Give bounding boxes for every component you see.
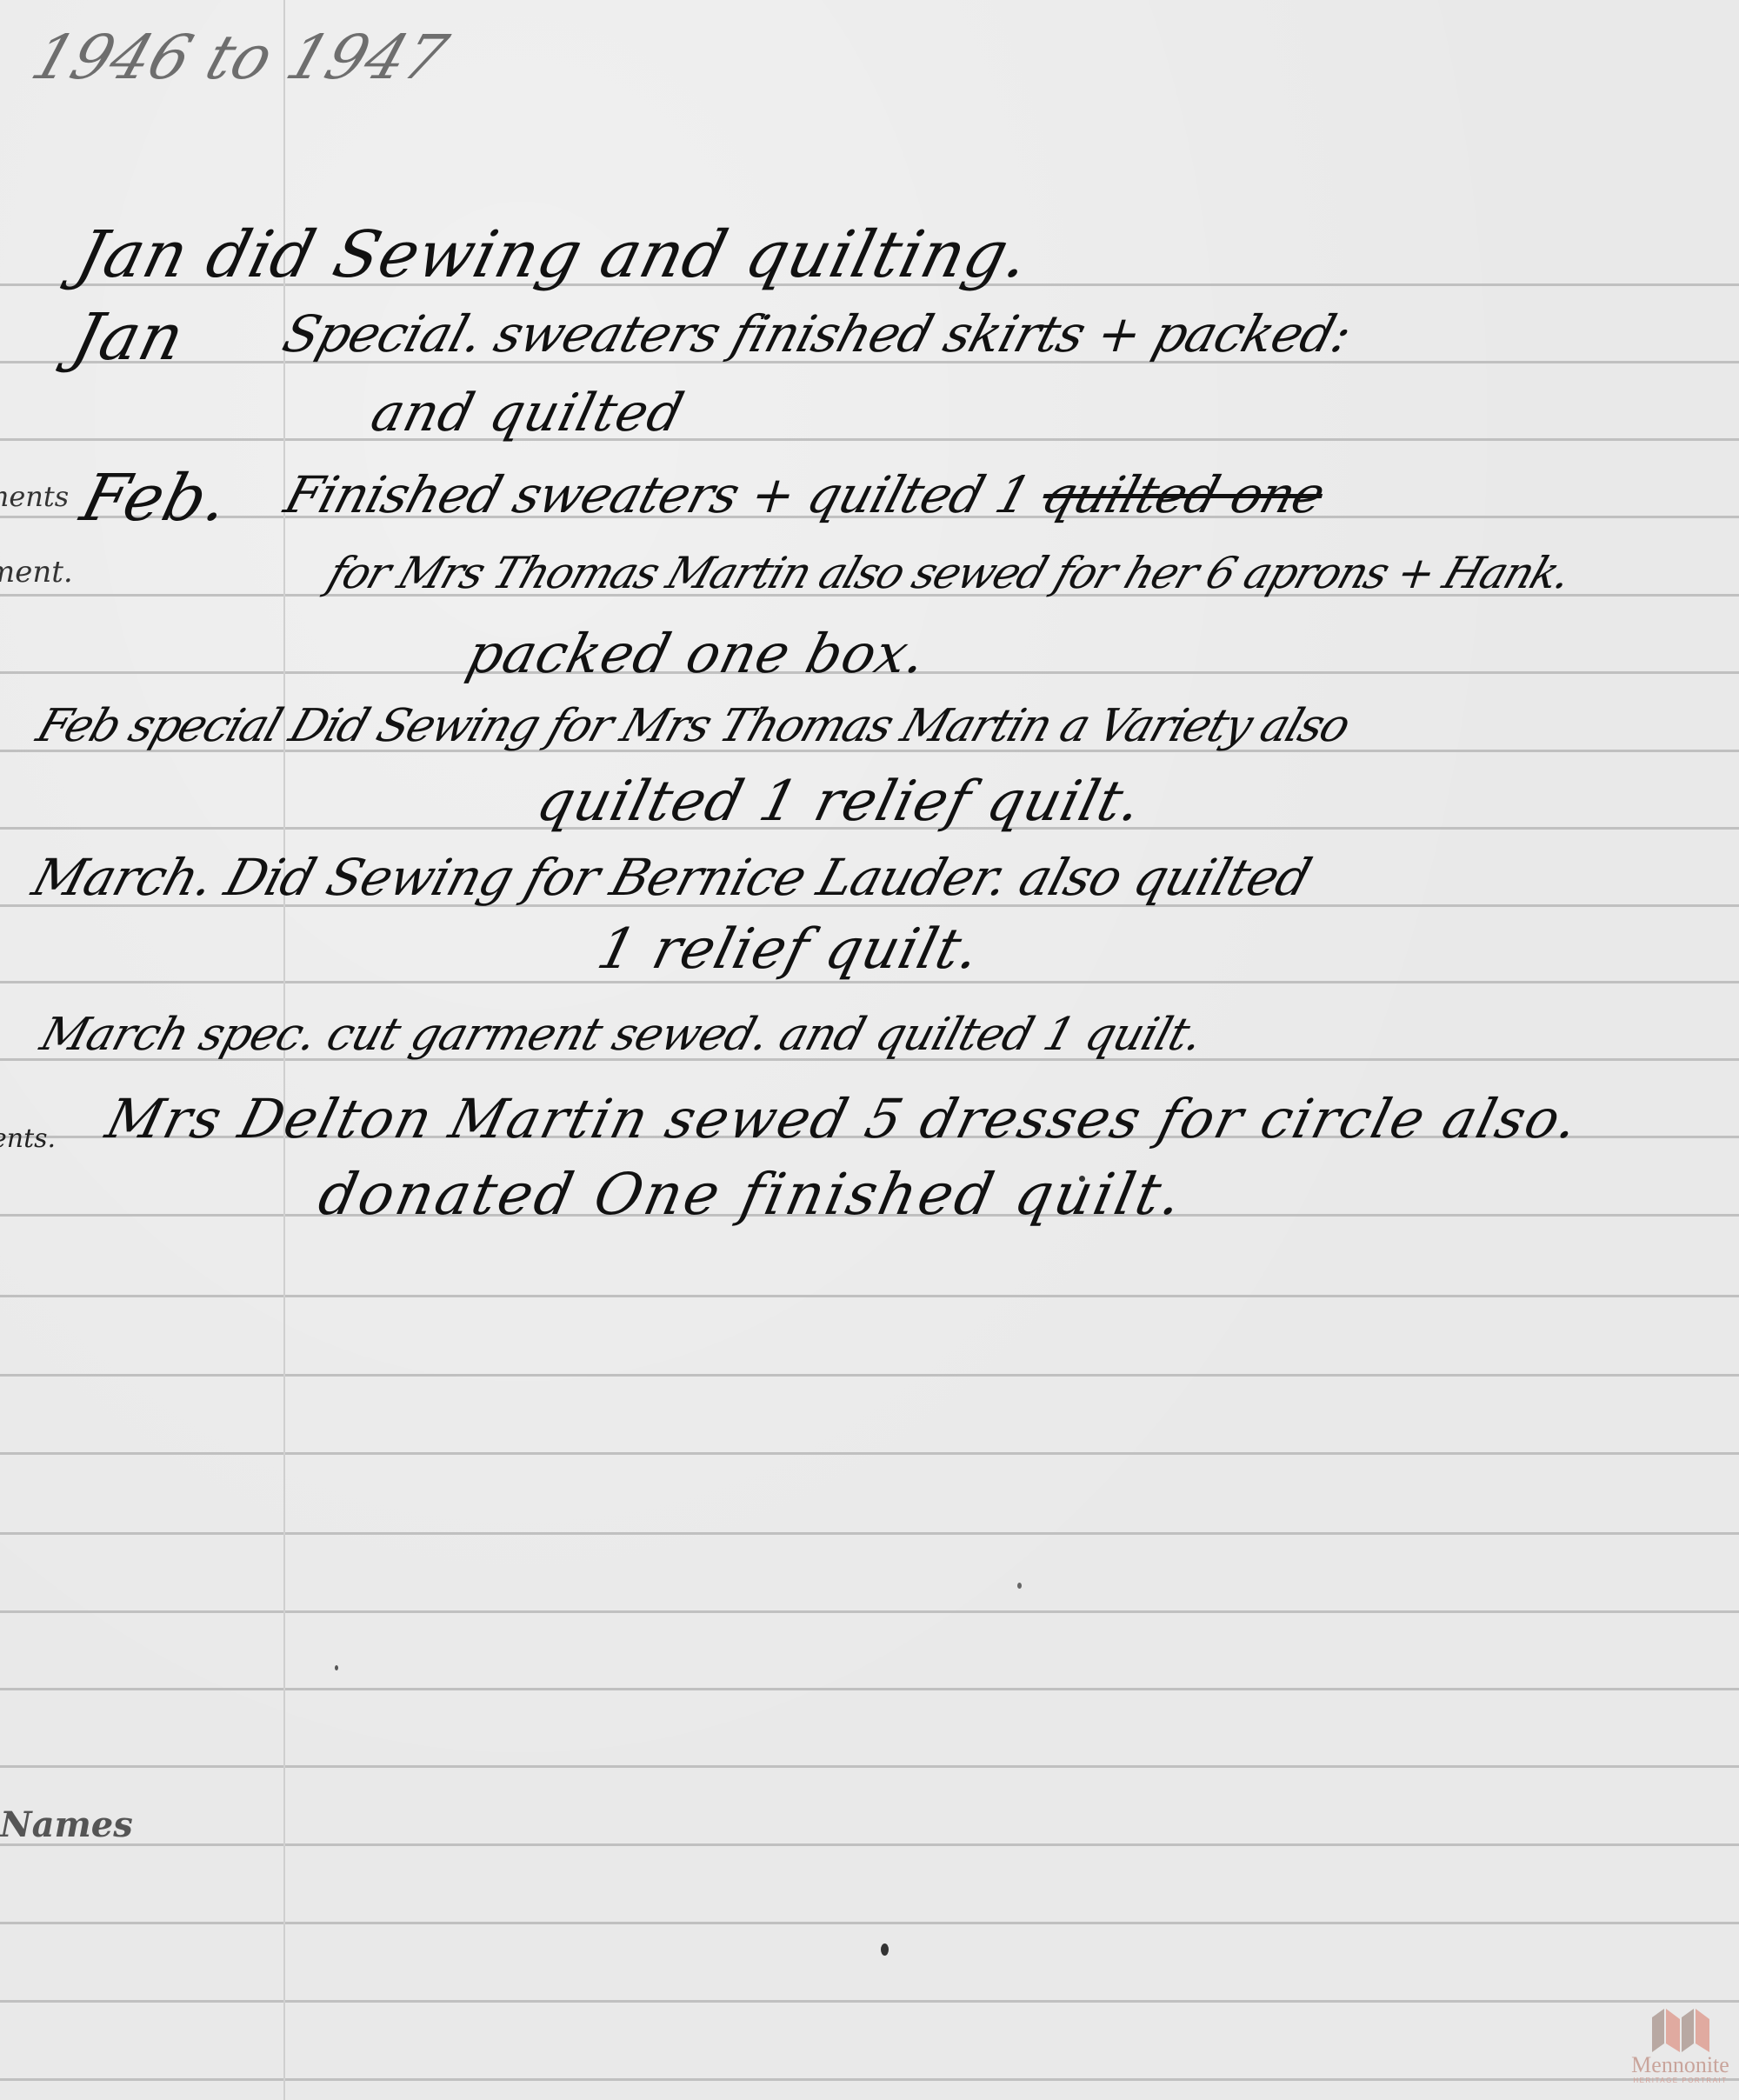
- struck-text: quilted one: [1036, 465, 1331, 524]
- entry-line-5: for Mrs Thomas Martin also sewed for her…: [322, 548, 1576, 598]
- entry-line-4-text: Finished sweaters + quilted 1: [278, 465, 1052, 524]
- entry-line-7: Feb special Did Sewing for Mrs Thomas Ma…: [30, 700, 1356, 752]
- entry-month-jan-special: Jan: [65, 300, 192, 375]
- ruled-line: [0, 1452, 1739, 1455]
- notebook-page: 1946 to 1947 ments ment. ents. Names Jan…: [0, 0, 1739, 2100]
- ink-speck: [1079, 1176, 1085, 1182]
- margin-note-bottom: Names: [0, 1804, 133, 1845]
- entry-line-4: Finished sweaters + quilted 1 quilted on…: [278, 465, 1331, 524]
- margin-note: ment.: [0, 555, 73, 590]
- entry-line-13: donated One finished quilt.: [313, 1161, 1190, 1228]
- entry-line-9: March. Did Sewing for Bernice Lauder. al…: [26, 848, 1317, 907]
- ruled-line: [0, 1532, 1739, 1535]
- ruled-line: [0, 2078, 1739, 2081]
- ruled-line: [0, 1374, 1739, 1377]
- ink-speck: [881, 1943, 889, 1956]
- ruled-line: [0, 1922, 1739, 1924]
- margin-note: ments: [0, 480, 69, 513]
- ink-speck: [1017, 1583, 1022, 1589]
- entry-month-feb: Feb.: [74, 461, 237, 536]
- ruled-line: [0, 1610, 1739, 1613]
- entry-line-12: Mrs Delton Martin sewed 5 dresses for ci…: [100, 1087, 1586, 1150]
- entry-line-3: and quilted: [365, 383, 690, 443]
- ruled-line: [0, 1765, 1739, 1768]
- ruled-line: [0, 438, 1739, 441]
- entry-line-8: quilted 1 relief quilt.: [530, 770, 1149, 834]
- mennonite-heritage-logo: Mennonite HERITAGE PORTRAIT: [1626, 2009, 1735, 2084]
- margin-note: ents.: [0, 1123, 56, 1154]
- ruled-line: [0, 2000, 1739, 2003]
- ruled-line: [0, 1688, 1739, 1690]
- logo-mark-icon: [1650, 2009, 1711, 2054]
- header-date: 1946 to 1947: [23, 22, 456, 93]
- entry-line-2: Special. sweaters finished skirts + pack…: [277, 304, 1358, 363]
- ruled-line: [0, 1843, 1739, 1846]
- logo-subtitle: HERITAGE PORTRAIT: [1626, 2077, 1735, 2084]
- entry-line-6: packed one box.: [461, 622, 934, 685]
- entry-line-10: 1 relief quilt.: [591, 917, 987, 982]
- entry-line-1: Jan did Sewing and quilting.: [70, 217, 1037, 292]
- ink-speck: [335, 1665, 338, 1670]
- logo-name: Mennonite: [1626, 2054, 1735, 2077]
- ruled-line: [0, 1295, 1739, 1297]
- entry-line-11: March spec. cut garment sewed. and quilt…: [35, 1009, 1209, 1061]
